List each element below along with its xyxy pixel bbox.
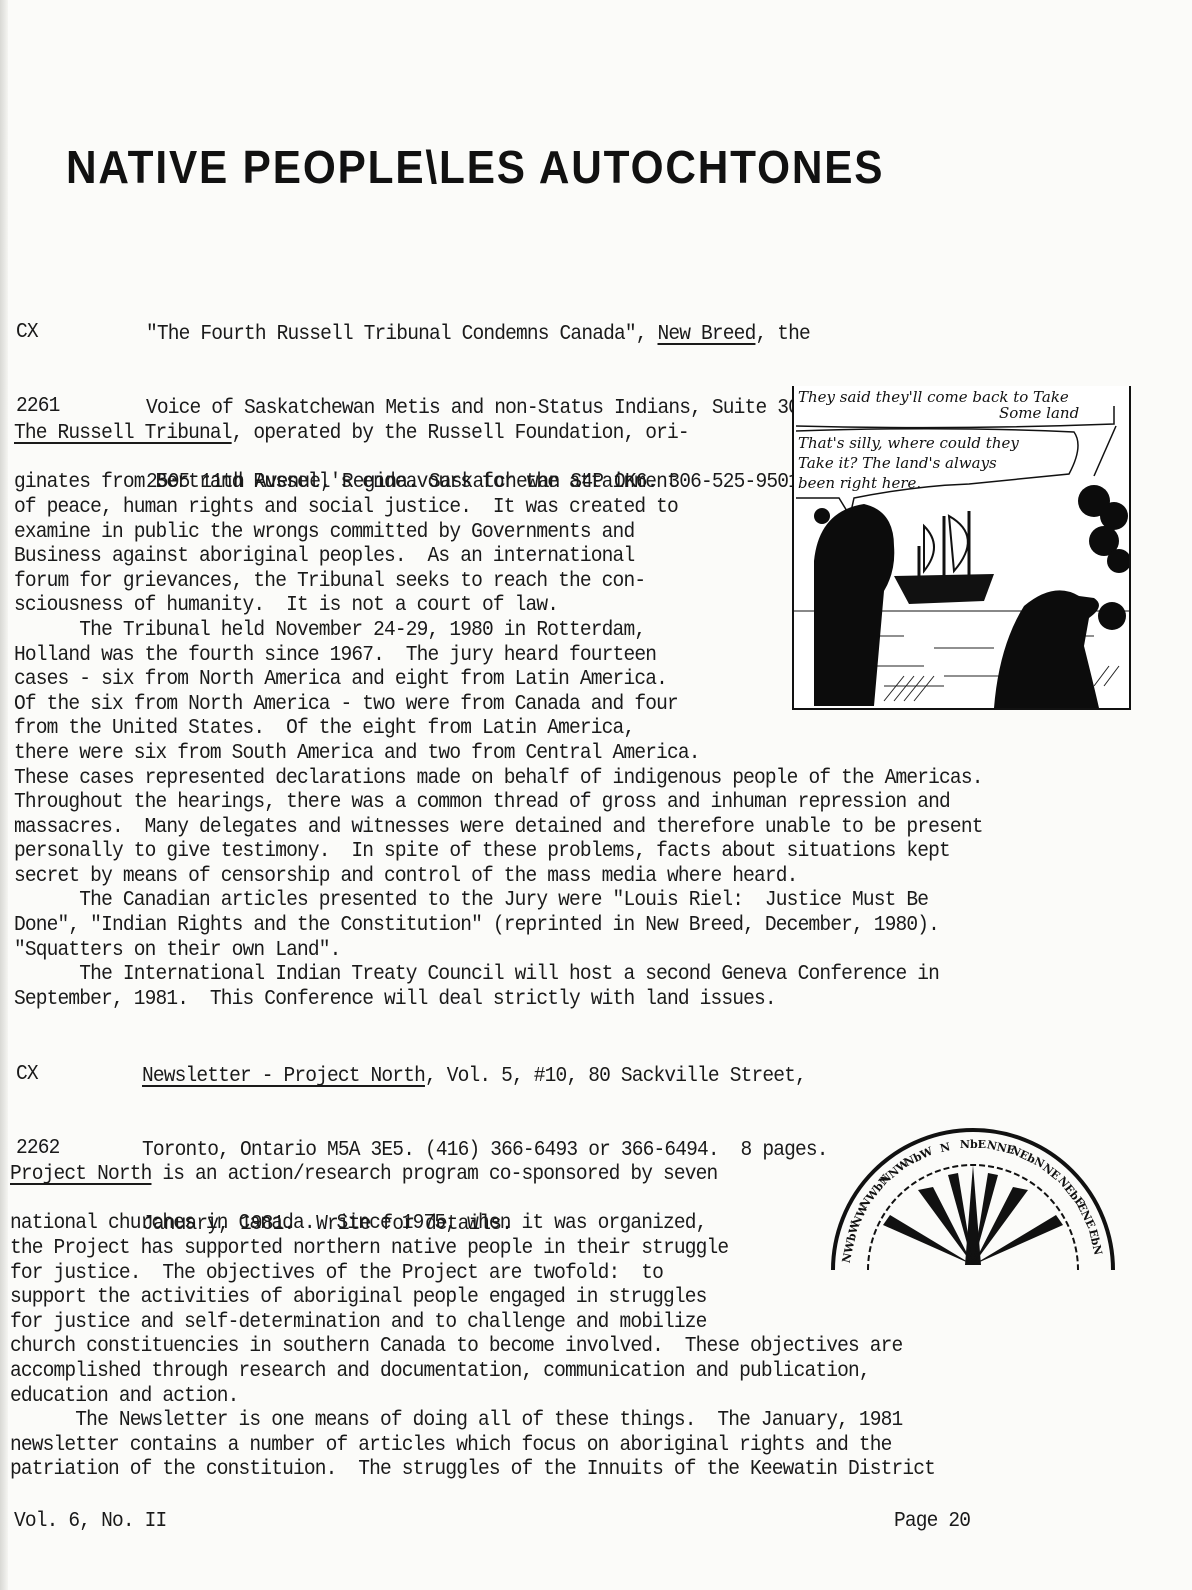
scan-edge-shadow	[0, 0, 8, 1590]
compass-rose-illustration: NWbWNWNWbNNNWNbWNNbENNENEbNNENEbEENEEbN	[828, 1115, 1118, 1275]
page-title: NATIVE PEOPLE\LES AUTOCHTONES	[66, 140, 884, 194]
body-line: patriation of the constituion. The strug…	[10, 1458, 935, 1483]
compass-label: ENE	[1074, 1201, 1097, 1231]
body-line: for justice and self-determination and t…	[10, 1311, 935, 1336]
footer-page-number: Page 20	[894, 1510, 970, 1535]
organization-name: Project North	[10, 1163, 151, 1186]
compass-label: EbN	[1086, 1228, 1105, 1256]
entry-code-prefix: CX	[16, 321, 60, 346]
entry-code-prefix: CX	[16, 1063, 60, 1088]
speech-bubble-2-line-1: That's silly, where could they	[798, 434, 1019, 452]
body-line: secret by means of censorship and contro…	[14, 865, 983, 890]
body-line: accomplished through research and docume…	[10, 1360, 935, 1385]
body-line: The Canadian articles presented to the J…	[14, 889, 983, 914]
citation-line: Newsletter - Project North, Vol. 5, #10,…	[142, 1065, 828, 1090]
compass-drawing: NWbWNWNWbNNNWNbWNNbENNENEbNNENEbEENEEbN	[828, 1115, 1118, 1275]
body-line: Project North is an action/research prog…	[10, 1163, 935, 1188]
body-line: national churches in Canada. Since 1975,…	[10, 1212, 935, 1237]
organization-name: The Russell Tribunal	[14, 422, 232, 445]
body-line: These cases represented declarations mad…	[14, 767, 983, 792]
citation-line: "The Fourth Russell Tribunal Condemns Ca…	[146, 323, 821, 348]
body-line: Throughout the hearings, there was a com…	[14, 791, 983, 816]
body-line: there were six from South America and tw…	[14, 742, 983, 767]
body-line: massacres. Many delegates and witnesses …	[14, 816, 983, 841]
compass-label: N	[939, 1140, 952, 1155]
speech-bubble-2-line-2: Take it? The land's always	[798, 454, 997, 472]
body-line: education and action.	[10, 1385, 935, 1410]
body-line: church constituencies in southern Canada…	[10, 1335, 935, 1360]
body-line: Done", "Indian Rights and the Constituti…	[14, 914, 983, 939]
body-line: September, 1981. This Conference will de…	[14, 988, 983, 1013]
body-line: "Squatters on their own Land".	[14, 939, 983, 964]
body-line: The Newsletter is one means of doing all…	[10, 1409, 935, 1434]
body-line: newsletter contains a number of articles…	[10, 1434, 935, 1459]
body-line: for justice. The objectives of the Proje…	[10, 1262, 935, 1287]
cartoon-illustration: They said they'll come back to Take Some…	[792, 386, 1131, 710]
publication-title: New Breed	[658, 323, 756, 346]
footer-volume: Vol. 6, No. II	[14, 1510, 166, 1535]
body-line: the Project has supported northern nativ…	[10, 1237, 935, 1262]
speech-bubble-1-line-2: Some land	[999, 404, 1079, 422]
body-line: personally to give testimony. In spite o…	[14, 840, 983, 865]
entry-body: Project North is an action/research prog…	[10, 1114, 935, 1483]
body-line: from the United States. Of the eight fro…	[14, 717, 983, 742]
publication-title: Newsletter - Project North	[142, 1065, 425, 1088]
compass-label: NbE	[960, 1138, 986, 1151]
cartoon-drawing: They said they'll come back to Take Some…	[794, 386, 1129, 708]
body-line: The International Indian Treaty Council …	[14, 963, 983, 988]
body-line: support the activities of aboriginal peo…	[10, 1286, 935, 1311]
